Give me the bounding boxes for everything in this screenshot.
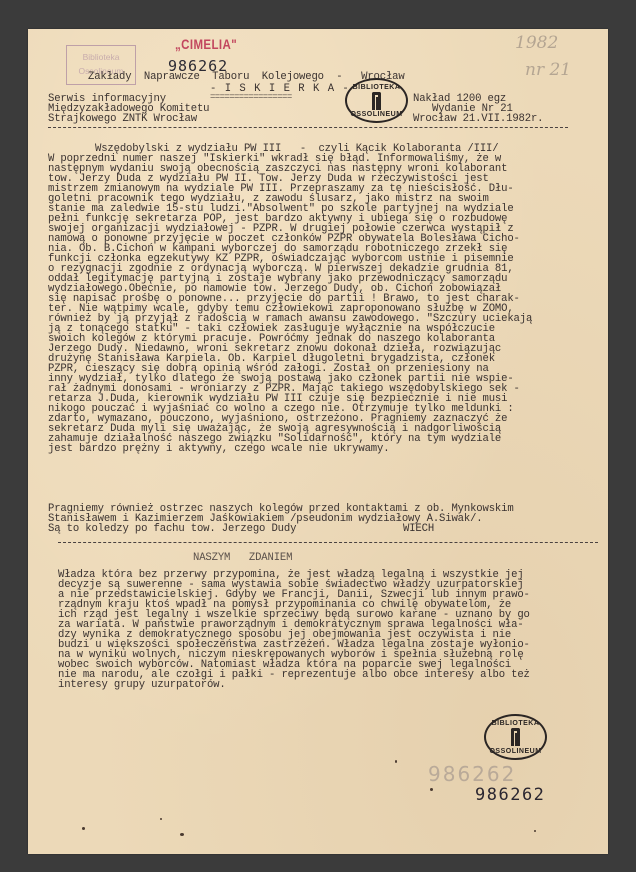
warning-line: Są to koledzy po fachu tow. Jerzego Dudy	[48, 524, 296, 534]
cimelia-stamp: „CIMELIA"	[175, 36, 237, 52]
paper-speck	[160, 818, 162, 820]
ossolineum-oval-stamp-top: BIBLIOTEKA OSSOLINEUM	[345, 78, 408, 123]
paper-speck	[82, 827, 85, 830]
stamp-text-bottom: OSSOLINEUM	[489, 748, 541, 755]
masthead-organization: Zakłady Naprawcze Taboru Kolejowego - Wr…	[88, 72, 405, 82]
article1-signature: WIECH	[403, 524, 434, 534]
paper-speck	[430, 788, 433, 791]
pencil-note-issue: nr 21	[525, 60, 571, 80]
inventory-number-pencil: 986262	[428, 762, 516, 786]
article1-line: jest bardzo prężny i aktywny, czego wcal…	[48, 444, 389, 454]
masthead-title-underline: =================	[210, 92, 292, 102]
ossolineum-logo-icon	[372, 92, 381, 110]
stamp-text-top: BIBLIOTEKA	[353, 84, 401, 91]
paper-speck	[534, 830, 536, 832]
issue-date: Wrocław 21.VII.1982r.	[413, 114, 543, 124]
ossolineum-logo-icon	[511, 728, 520, 746]
publisher-line-3: Strajkowego ZNTK Wrocław	[48, 114, 197, 124]
article2-line: interesy grupy uzurpatorów.	[58, 680, 226, 690]
inventory-number-bottom: 986262	[475, 785, 545, 805]
header-divider	[48, 127, 568, 128]
rect-stamp-line1: Biblioteka	[67, 50, 135, 64]
paper-speck	[395, 760, 397, 763]
section-divider	[58, 542, 598, 543]
ossolineum-oval-stamp-bottom: BIBLIOTEKA OSSOLINEUM	[484, 714, 547, 760]
pencil-note-year: 1982	[515, 33, 558, 53]
stamp-text-top: BIBLIOTEKA	[492, 720, 540, 727]
stamp-text-bottom: OSSOLINEUM	[350, 111, 402, 118]
article2-heading: NASZYM ZDANIEM	[193, 553, 292, 563]
paper-speck	[180, 833, 184, 836]
